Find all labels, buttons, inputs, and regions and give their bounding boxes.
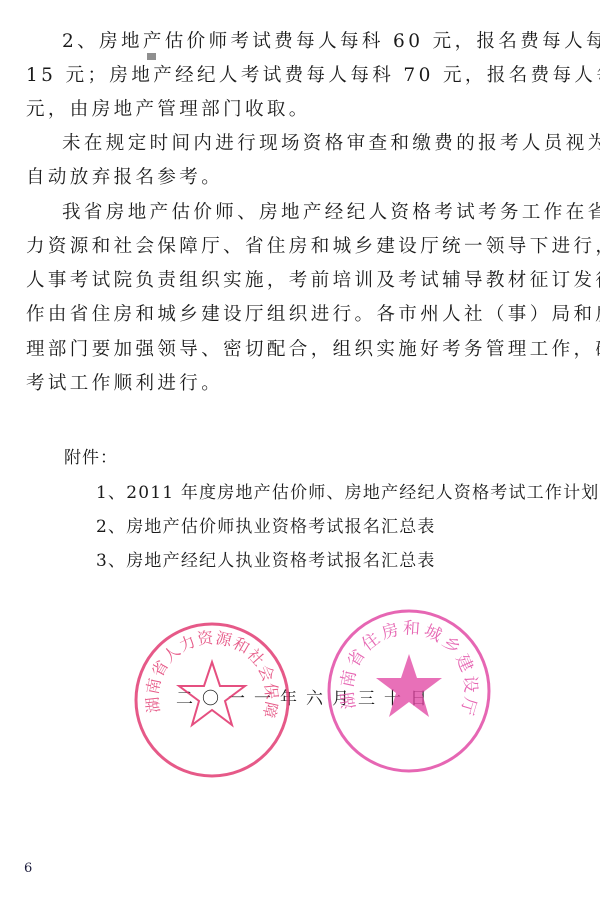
attachments-label: 附件： bbox=[64, 446, 118, 470]
paragraph-1-line-3: 元，由房地产管理部门收取。 bbox=[26, 98, 311, 122]
paragraph-3-line-4: 作由省住房和城乡建设厅组织进行。各市州人社（事）局和房产管 bbox=[26, 303, 600, 327]
paragraph-3-line-1: 我省房地产估价师、房地产经纪人资格考试考务工作在省人 bbox=[62, 201, 600, 225]
attachment-item-2: 2、房地产估价师执业资格考试报名汇总表 bbox=[96, 515, 436, 539]
paragraph-3-line-5: 理部门要加强领导、密切配合，组织实施好考务管理工作，确保 bbox=[26, 338, 600, 362]
page-number: 6 bbox=[24, 861, 32, 876]
scan-artifact bbox=[147, 53, 156, 60]
paragraph-3-line-6: 考试工作顺利进行。 bbox=[26, 372, 223, 396]
paragraph-3-line-3: 人事考试院负责组织实施，考前培训及考试辅导教材征订发行工 bbox=[26, 269, 600, 293]
issue-date: 二〇一一年六月三十日 bbox=[176, 684, 436, 709]
paragraph-1-line-1: 2、房地产估价师考试费每人每科 60 元，报名费每人每科 bbox=[62, 30, 600, 54]
attachment-item-3: 3、房地产经纪人执业资格考试报名汇总表 bbox=[96, 549, 436, 573]
paragraph-1-line-2: 15 元；房地产经纪人考试费每人每科 70 元，报名费每人每科 20 bbox=[26, 64, 600, 88]
paragraph-3-line-2: 力资源和社会保障厅、省住房和城乡建设厅统一领导下进行，省 bbox=[26, 235, 600, 259]
paragraph-2-line-2: 自动放弃报名参考。 bbox=[26, 166, 223, 190]
attachment-item-1: 1、2011 年度房地产估价师、房地产经纪人资格考试工作计划 bbox=[96, 481, 599, 505]
paragraph-2-line-1: 未在规定时间内进行现场资格审查和缴费的报考人员视为 bbox=[62, 132, 600, 156]
